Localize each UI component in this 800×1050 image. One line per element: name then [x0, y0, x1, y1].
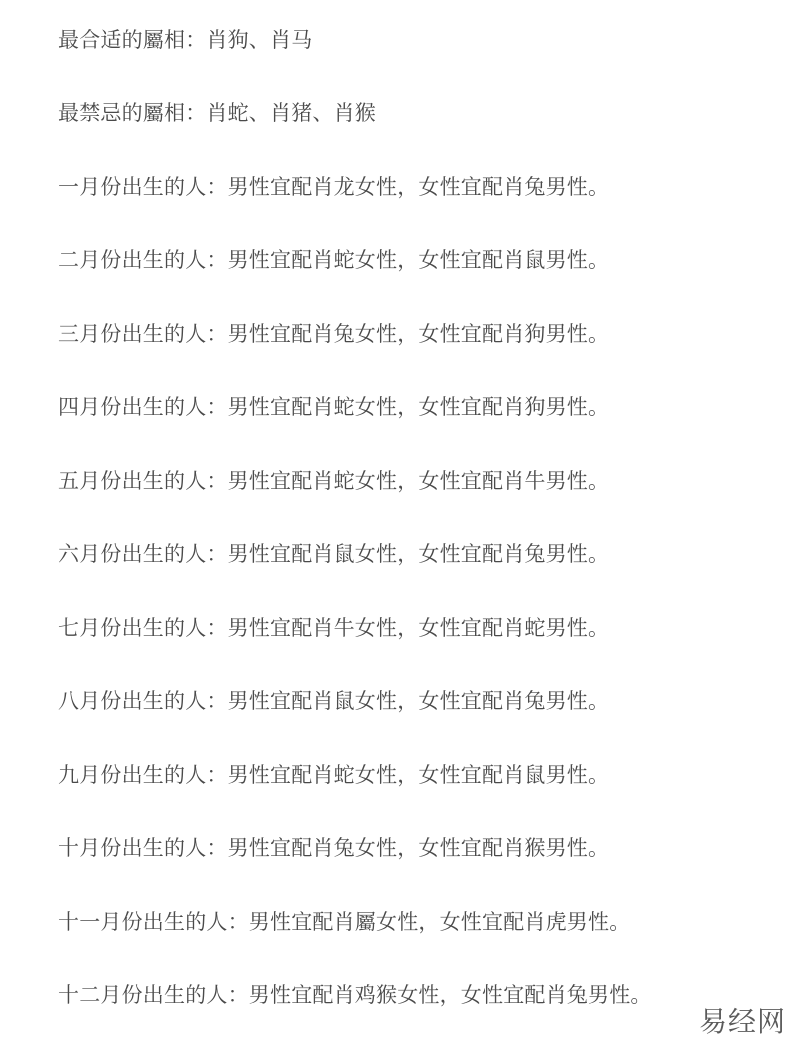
month-line-5: 五月份出生的人：男性宜配肖蛇女性，女性宜配肖牛男性。	[58, 467, 609, 495]
month-line-4: 四月份出生的人：男性宜配肖蛇女性，女性宜配肖狗男性。	[58, 393, 609, 421]
month-line-7: 七月份出生的人：男性宜配肖牛女性，女性宜配肖蛇男性。	[58, 614, 609, 642]
month-line-1: 一月份出生的人：男性宜配肖龙女性，女性宜配肖兔男性。	[58, 173, 609, 201]
month-line-12: 十二月份出生的人：男性宜配肖鸡猴女性，女性宜配肖兔男性。	[58, 981, 652, 1009]
month-line-11: 十一月份出生的人：男性宜配肖屬女性，女性宜配肖虎男性。	[58, 908, 630, 936]
month-line-8: 八月份出生的人：男性宜配肖鼠女性，女性宜配肖兔男性。	[58, 687, 609, 715]
month-line-3: 三月份出生的人：男性宜配肖兔女性，女性宜配肖狗男性。	[58, 320, 609, 348]
site-watermark: 易经网	[699, 1000, 786, 1040]
month-line-10: 十月份出生的人：男性宜配肖兔女性，女性宜配肖猴男性。	[58, 834, 609, 862]
best-match-line: 最合适的屬相：肖狗、肖马	[58, 26, 312, 54]
month-line-2: 二月份出生的人：男性宜配肖蛇女性，女性宜配肖鼠男性。	[58, 246, 609, 274]
worst-match-line: 最禁忌的屬相：肖蛇、肖猪、肖猴	[58, 99, 376, 127]
month-line-6: 六月份出生的人：男性宜配肖鼠女性，女性宜配肖兔男性。	[58, 540, 609, 568]
month-line-9: 九月份出生的人：男性宜配肖蛇女性，女性宜配肖鼠男性。	[58, 761, 609, 789]
